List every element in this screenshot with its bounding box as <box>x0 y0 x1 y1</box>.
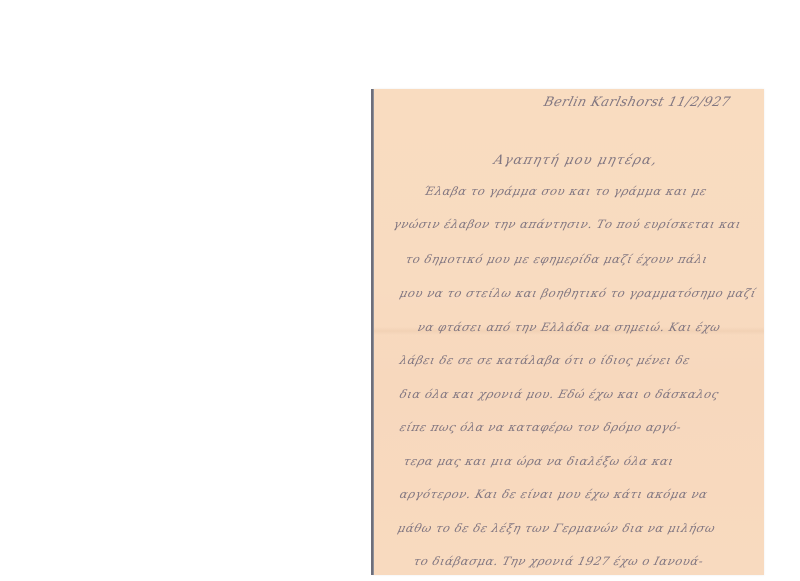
letter-line: είπε πως όλα να καταφέρω τον δρόμο αργό- <box>398 420 683 434</box>
letter-line: το διάβασμα. Την χρονιά 1927 έχω ο Ιανου… <box>412 554 705 568</box>
letter-paper: Berlin Karlshorst 11/2/927 Αγαπητή μου μ… <box>373 89 764 575</box>
letter-line: να φτάσει από την Ελλάδα να σημειώ. Και … <box>416 320 722 334</box>
letter-salutation: Αγαπητή μου μητέρα, <box>492 153 659 168</box>
letter-line: Έλαβα το γράμμα σου και το γράμμα και με <box>422 184 708 198</box>
letter-line: αργότερον. Και δε είναι μου έχω κάτι ακό… <box>398 487 709 501</box>
letter-line: μου να το στείλω και βοηθητικό το γραμμα… <box>398 286 758 300</box>
letter-line: γνώσιν έλαβον την απάντησιν. Το πού ευρί… <box>392 217 743 231</box>
letter-line: το δημοτικό μου με εφημερίδα μαζί έχουν … <box>404 252 709 266</box>
letter-line: τερα μας και μια ώρα να διαλέξω όλα και <box>402 454 675 468</box>
scanned-letter-page: Berlin Karlshorst 11/2/927 Αγαπητή μου μ… <box>0 0 800 581</box>
letter-line: μάθω το δε δε λέξη των Γερμανών δια να μ… <box>396 521 717 535</box>
letter-line: δια όλα και χρονιά μου. Εδώ έχω και ο δά… <box>398 387 720 401</box>
letter-place-date: Berlin Karlshorst 11/2/927 <box>542 95 732 110</box>
letter-line: λάβει δε σε σε κατάλαβα ότι ο ίδιος μένε… <box>398 353 692 367</box>
